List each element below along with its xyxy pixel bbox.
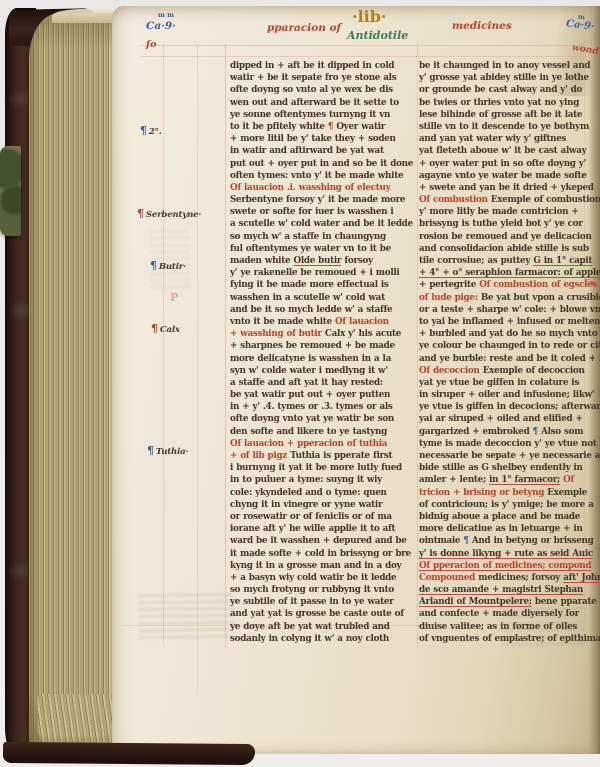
manuscript-line: often tymes: vnto y' it be made white xyxy=(230,170,420,182)
manuscript-line: bidnig aboue a place and be made xyxy=(419,511,600,523)
manuscript-line: + swete and yan be it dried + ykeped xyxy=(419,182,600,194)
manuscript-line: swete or softe for iuer is wasshen i xyxy=(230,206,420,218)
manuscript-line: a scutelle w' cold water and be it ledde xyxy=(230,218,420,230)
ruling-line-vertical xyxy=(225,44,226,648)
manuscript-line: + of lib pigz Tuthia is pperate first xyxy=(230,450,420,462)
manuscript-line: in siruper + oiler and infusione; likw' xyxy=(419,389,600,401)
manuscript-line: chyng it in vinegre or yyne watir xyxy=(230,499,420,511)
manuscript-line: yat ye vtue be giffen in colature is xyxy=(419,377,600,389)
manuscript-line: ye doye aft be yat wat trubled and xyxy=(230,621,420,633)
manuscript-line: ful oftentymes ye water vn to it be xyxy=(230,243,420,255)
manuscript-line: and be it so mych ledde w' a staffe xyxy=(230,304,420,316)
manuscript-line: + oyer water put in so ofte doyng y' xyxy=(419,158,600,170)
show-through-text xyxy=(138,591,235,638)
manuscript-line: put out + oyer put in and so be it done xyxy=(230,158,420,170)
paragraph-mark-icon: ¶ xyxy=(151,322,158,335)
manuscript-line: wen out and afterward be it sette to xyxy=(230,97,420,109)
paragraph-mark-icon: P xyxy=(170,291,178,304)
manuscript-line: syn w' colde water i medlyng it w' xyxy=(230,365,420,377)
manuscript-line: and yan yat water wiy y' giftnes xyxy=(419,133,600,145)
folio-number-superscript: m m xyxy=(158,11,174,19)
margin-annotation-label: Butir· xyxy=(159,262,186,272)
manuscript-line: Of lauacion + pperacion of tuthia xyxy=(230,438,420,450)
manuscript-line: + 4° + o° seraphion farmacor: of apple xyxy=(419,267,600,279)
manuscript-line: so mych frotyng or rubbyng it vnto xyxy=(230,584,420,596)
paragraph-mark-icon: ¶ xyxy=(137,207,144,220)
book-number-label: ·lib· xyxy=(352,7,386,26)
manuscript-line: cole: ykyndeled and o tyme: quen xyxy=(230,487,420,499)
ruling-line-horizontal xyxy=(140,45,588,46)
manuscript-line: vnto it be made white Of lauacion xyxy=(230,316,420,328)
manuscript-line: and ye burble: reste and be it coled + k… xyxy=(419,353,600,365)
manuscript-line: to it be pfitely white ¶ Oyer watir xyxy=(230,121,420,133)
folio-mark: fo xyxy=(146,39,156,50)
manuscript-line: gargarized + embroked ¶ Also som xyxy=(419,426,600,438)
manuscript-line: yai ar siruped + oiled and elified + xyxy=(419,413,600,425)
manuscript-line: or grounde be cast alway and y' do xyxy=(419,84,600,96)
manuscript-line: ofte doyng so vnto al ye wex be dis xyxy=(230,84,420,96)
margin-annotation: ¶Tuthia· xyxy=(147,444,188,457)
leather-cover-bottom-edge xyxy=(3,742,255,765)
margin-annotation-label: Calx xyxy=(160,325,180,335)
manuscript-line: dipped in + aft be it dipped in cold xyxy=(230,60,420,72)
manuscript-line: Of combustion Exemple of combustion xyxy=(419,194,600,206)
manuscript-line: of lude pige: Be yat but vpon a crusible xyxy=(419,292,600,304)
manuscript-line: a staffe and aft yat it hay rested: xyxy=(230,377,420,389)
bookmark-tab xyxy=(0,146,21,236)
manuscript-line: ward be it wasshen + depured and be xyxy=(230,535,420,547)
manuscript-line: or a teste + sharpe w' cole: + blowe vn xyxy=(419,304,600,316)
manuscript-line: ointmaie ¶ And in betyng or brisseng xyxy=(419,535,600,547)
manuscript-line: rosion be remoued and ye delicacion xyxy=(419,231,600,243)
paragraph-mark-icon: ¶ xyxy=(150,259,157,272)
margin-annotation-label: 2°. xyxy=(149,127,162,137)
manuscript-line: ye colour be chaunged in to rede or citr… xyxy=(419,340,600,352)
ruling-line-horizontal xyxy=(140,56,588,57)
manuscript-line: Of pperacion of medicines; compond xyxy=(419,560,600,572)
running-title-left: pparacion of xyxy=(267,22,341,34)
manuscript-line: iorane aft y' he wille applie it to aft xyxy=(230,523,420,535)
show-through-text xyxy=(150,228,191,289)
manuscript-line: watir + be it sepate fro ye stone als xyxy=(230,72,420,84)
manuscript-line: + a basyn wiy cold watir be it ledde xyxy=(230,572,420,584)
manuscript-line: Of lauacion .i. wasshing of electuy xyxy=(230,182,420,194)
margin-annotation: ¶2°. xyxy=(140,124,161,137)
manuscript-line: necessarie be sepate + ye necessarie a xyxy=(419,450,600,462)
margin-annotation-label: Tuthia· xyxy=(156,447,189,457)
manuscript-line: be yat watir put out + oyer putten xyxy=(230,389,420,401)
manuscript-line: Arlandi of Mountpelere; bene pparate xyxy=(419,596,600,608)
manuscript-line: or rosewatir or of feniclis or of ma xyxy=(230,511,420,523)
manuscript-line: in + y' .4. tymes or .3. tymes or als xyxy=(230,401,420,413)
manuscript-line: stille vn to it descende to ye bothym xyxy=(419,121,600,133)
manuscript-line: and consolidacion abide stille is sub xyxy=(419,243,600,255)
page-stack-top-edge xyxy=(52,9,118,23)
manuscript-line: more delicatiue as in letuarge + in xyxy=(419,523,600,535)
manuscript-line: ye sonne oftentymes turnyng it vn xyxy=(230,109,420,121)
manuscript-line: and yat yat is grosse be caste oute of xyxy=(230,608,420,620)
margin-annotation: ¶Butir· xyxy=(150,259,186,272)
manuscript-line: wasshen in a scutelle w' cold wat xyxy=(230,292,420,304)
manuscript-line: + more litil be y' take they + soden xyxy=(230,133,420,145)
manuscript-line: de sco amande + magistri Stephan xyxy=(419,584,600,596)
manuscript-line: Compouned medicines; forsoy aft' John xyxy=(419,572,600,584)
text-column-left: dipped in + aft be it dipped in coldwati… xyxy=(230,60,420,645)
manuscript-line: maden white Olde butir forsoy xyxy=(230,255,420,267)
manuscript-line: diuise valitee; as in forme of oiles xyxy=(419,621,600,633)
running-title-right: medicines xyxy=(452,20,512,32)
manuscript-line: tyme is made decoccion y' ye vtue not xyxy=(419,438,600,450)
manuscript-line: so mych w' a staffe in chaungyng xyxy=(230,231,420,243)
manuscript-line: + wasshing of butir Calx y' his acute xyxy=(230,328,420,340)
manuscript-line: to yai be inflamed + infused or melten xyxy=(419,316,600,328)
manuscript-line: i burnyng it yat it be more lutly fued xyxy=(230,462,420,474)
manuscript-line: ye vtue is giffen in decocions; afterwar… xyxy=(419,401,600,413)
text-column-right: be it chaunged in to anoy vessel andy' g… xyxy=(419,60,600,645)
manuscript-line: agayne vnto ye water be made softe xyxy=(419,170,600,182)
manuscript-line: and confecte + made diyersely for xyxy=(419,608,600,620)
manuscript-line: + pertegrite Of combustion of egscles xyxy=(419,279,600,291)
manuscript-line: lese bihinde of grosse aft be it late xyxy=(419,109,600,121)
margin-annotation-label: Serbentyne· xyxy=(146,210,201,220)
margin-annotation: P xyxy=(170,291,180,304)
manuscript-line: brissyng is tuthe yleid bot y' ye cor xyxy=(419,218,600,230)
manuscript-line: Serbentyne forsoy y' it be made more xyxy=(230,194,420,206)
manuscript-line: + sharpnes be remoued + be made xyxy=(230,340,420,352)
manuscript-line: tricion + brising or betyng Exemple xyxy=(419,487,600,499)
manuscript-line: fying it be made more effectual is xyxy=(230,279,420,291)
manuscript-line: yat fleteth aboue w' it be cast alway xyxy=(419,145,600,157)
manuscript-line: y' ye rakenelle be remoued + i molli xyxy=(230,267,420,279)
manuscript-line: in watir and aftirward be yat wat xyxy=(230,145,420,157)
manuscript-line: of contricioun; is y' ymige; be more a xyxy=(419,499,600,511)
manuscript-line: amler + lente; in 1° farmacor; Of xyxy=(419,474,600,486)
manuscript-line: y' grosse yat abidey stille in ye lothe xyxy=(419,72,600,84)
book-section-label: Antidotile xyxy=(347,29,408,42)
ruling-line-vertical xyxy=(163,44,164,644)
manuscript-line: it made softe + cold in brissyng or bre xyxy=(230,548,420,560)
manuscript-line: y' is donne likyng + rute as seid Auic xyxy=(419,548,600,560)
manuscript-line: den softe and likere to ye tastyng xyxy=(230,426,420,438)
manuscript-line: + burbled and yat do he so mych vnto xyxy=(419,328,600,340)
manuscript-line: Of decoccion Exemple of decoccion xyxy=(419,365,600,377)
chapter-number-left: Ca·9· xyxy=(146,20,176,32)
manuscript-line: kyng it in a grosse man and in a doy xyxy=(230,560,420,572)
page-fore-edge-stack xyxy=(29,13,119,753)
manuscript-line: be twies or thries vnto yat no ying xyxy=(419,97,600,109)
manuscript-line: tile corrosiue; as puttey G in 1° capit xyxy=(419,255,600,267)
manuscript-photo: { "photo": { "background_color": "#ebeae… xyxy=(0,0,600,767)
margin-annotation: ¶Calx xyxy=(151,322,180,335)
paragraph-mark-icon: ¶ xyxy=(140,124,147,137)
manuscript-line: in to puluer a tyme: suyng it wiy xyxy=(230,474,420,486)
manuscript-line: more delicatyne is wasshen in a la xyxy=(230,353,420,365)
manuscript-line: of vnguentes of emplastre; of epithimate xyxy=(419,633,600,645)
manuscript-line: be it chaunged in to anoy vessel and xyxy=(419,60,600,72)
manuscript-line: ofte doyng vnto yat ye watir be son xyxy=(230,413,420,425)
paragraph-mark-icon: ¶ xyxy=(147,444,154,457)
manuscript-line: sodanly in colyng it w' a noy cloth xyxy=(230,633,420,645)
manuscript-line: ye subtile of it passe in to ye water xyxy=(230,596,420,608)
margin-annotation: ¶Serbentyne· xyxy=(137,207,201,220)
manuscript-line: bide stille as G shelbey endently in xyxy=(419,462,600,474)
manuscript-line: y' more litly be made contricion + xyxy=(419,206,600,218)
